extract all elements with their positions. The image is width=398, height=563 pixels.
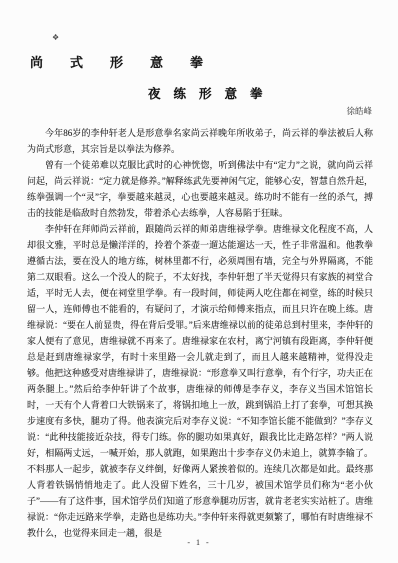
chapter-title: 夜练形意拳 xyxy=(148,84,276,102)
body-text: 今年86岁的李仲轩老人是形意拳名家尚云祥晚年所收弟子，尚云祥的拳法被后人称为尚式… xyxy=(27,125,373,541)
paragraph-1: 今年86岁的李仲轩老人是形意拳名家尚云祥晚年所收弟子，尚云祥的拳法被后人称为尚式… xyxy=(27,125,373,157)
paragraph-2: 曾有一个徒弟难以克服比武时的心神恍惚，听到佛法中有“定力”之说，就向尚云祥问起，… xyxy=(27,157,373,221)
author-name: 徐皓峰 xyxy=(346,105,372,117)
diamond-ornament-icon: ❖ xyxy=(52,33,59,42)
scanned-book-page: ❖ 尚式形意拳 夜练形意拳 徐皓峰 今年86岁的李仲轩老人是形意拳名家尚云祥晚年… xyxy=(0,0,398,563)
paragraph-3: 李仲轩在拜师尚云祥前，跟随尚云祥的师弟唐维禄学拳。唐维禄文化程度不高，人却很文雅… xyxy=(27,221,373,541)
series-title: 尚式形意拳 xyxy=(30,52,230,71)
page-number: - 1 - xyxy=(0,538,398,547)
